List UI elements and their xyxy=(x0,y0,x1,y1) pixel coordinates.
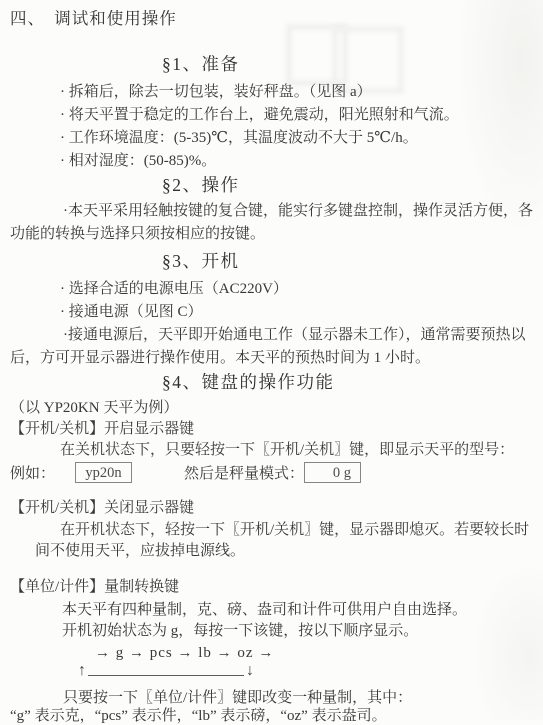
example-label: 例如： xyxy=(10,462,55,483)
key-label-open-display: 【开机/关机】开启显示器键 xyxy=(10,419,543,440)
down-arrow-icon: ↓ xyxy=(246,661,254,681)
bullet-item: · 选择合适的电源电压（AC220V） xyxy=(60,278,543,301)
bullet-item: · 工作环境温度：(5-35)℃，其温度波动不大于 5℃/h。 xyxy=(60,127,543,150)
example-note: （以 YP20KN 天平为例） xyxy=(10,398,543,419)
preparation-bullet-list: · 拆箱后，除去一切包装，装好秤盘。（见图 a） · 将天平置于稳定的工作台上，… xyxy=(10,81,543,173)
model-display-box: yp20n xyxy=(75,462,132,483)
up-arrow-icon: ↑ xyxy=(78,661,86,681)
paragraph-line: 只要按一下〖单位/计件〗键即改变一种量制，其中： xyxy=(63,689,543,707)
paragraph-line: ·本天平采用轻触按键的复合键，能实行多键盘控制，操作灵活方便，各 xyxy=(63,200,543,223)
key-description: 在关机状态下，只要轻按一下〖开机/关机〗键，即显示天平的型号： xyxy=(60,440,543,460)
paragraph-line: ·接通电源后，天平即开始通电工作（显示器未工作），通常需要预热以 xyxy=(63,324,543,347)
paragraph-line: 在开机状态下，轻按一下〖开机/关机〗键，显示器即熄灭。若要较长时 xyxy=(60,520,543,541)
paragraph-line: 本天平有四种量制，克、磅、盎司和计件可供用户自由选择。 xyxy=(62,600,543,621)
bullet-item: · 拆箱后，除去一切包装，装好秤盘。（见图 a） xyxy=(60,81,543,104)
key-label-unit-convert: 【单位/计件】量制转换键 xyxy=(10,577,543,598)
bullet-item: · 相对湿度：(50-85)%。 xyxy=(60,150,543,173)
section-heading-preparation: §1、准备 xyxy=(162,52,543,76)
paragraph-line: 开机初始状态为 g，每按一下该键，按以下顺序显示。 xyxy=(62,621,543,642)
chapter-title: 四、 调试和使用操作 xyxy=(10,8,543,30)
section-heading-keyboard: §4、键盘的操作功能 xyxy=(162,370,543,394)
section-heading-poweron: §3、开机 xyxy=(162,249,543,273)
paragraph-line: 功能的转换与选择只须按相应的按键。 xyxy=(10,223,543,246)
example-row: 例如： yp20n 然后是秤量模式： 0 g xyxy=(10,460,543,484)
unit-cycle-diagram: → g → pcs → lb → oz → ↑ ↓ xyxy=(10,645,543,683)
bullet-item: · 接通电源（见图 C） xyxy=(60,301,543,324)
poweron-bullet-list: · 选择合适的电源电压（AC220V） · 接通电源（见图 C） xyxy=(10,278,543,324)
manual-page: 四、 调试和使用操作 §1、准备 · 拆箱后，除去一切包装，装好秤盘。（见图 a… xyxy=(0,0,543,725)
cycle-return-path: ↑ ↓ xyxy=(78,661,543,683)
unit-tail-paragraph: 只要按一下〖单位/计件〗键即改变一种量制，其中： “g” 表示克，“pcs” 表… xyxy=(10,689,543,725)
operation-paragraph: ·本天平采用轻触按键的复合键，能实行多键盘控制，操作灵活方便，各 功能的转换与选… xyxy=(10,200,543,246)
bullet-item: · 将天平置于稳定的工作台上，避免震动，阳光照射和气流。 xyxy=(60,104,543,127)
weighing-mode-label: 然后是秤量模式： xyxy=(184,462,304,483)
cycle-underline xyxy=(88,661,244,676)
poweron-paragraph: ·接通电源后，天平即开始通电工作（显示器未工作），通常需要预热以 后，方可开显示… xyxy=(10,324,543,370)
close-display-paragraph: 在开机状态下，轻按一下〖开机/关机〗键，显示器即熄灭。若要较长时 间不使用天平，… xyxy=(10,520,543,562)
cycle-sequence: → g → pcs → lb → oz → xyxy=(95,645,543,661)
section-heading-operation: §2、操作 xyxy=(162,173,543,197)
key-label-close-display: 【开机/关机】关闭显示器键 xyxy=(10,498,543,519)
paragraph-line: 后，方可开显示器进行操作使用。本天平的预热时间为 1 小时。 xyxy=(10,347,543,370)
paragraph-line: 间不使用天平，应拔掉电源线。 xyxy=(35,541,543,562)
paragraph-line: “g” 表示克，“pcs” 表示件，“lb” 表示磅，“oz” 表示盎司。 xyxy=(10,707,543,725)
weighing-mode-box: 0 g xyxy=(304,462,361,483)
unit-paragraph: 本天平有四种量制，克、磅、盎司和计件可供用户自由选择。 开机初始状态为 g，每按… xyxy=(10,600,543,642)
